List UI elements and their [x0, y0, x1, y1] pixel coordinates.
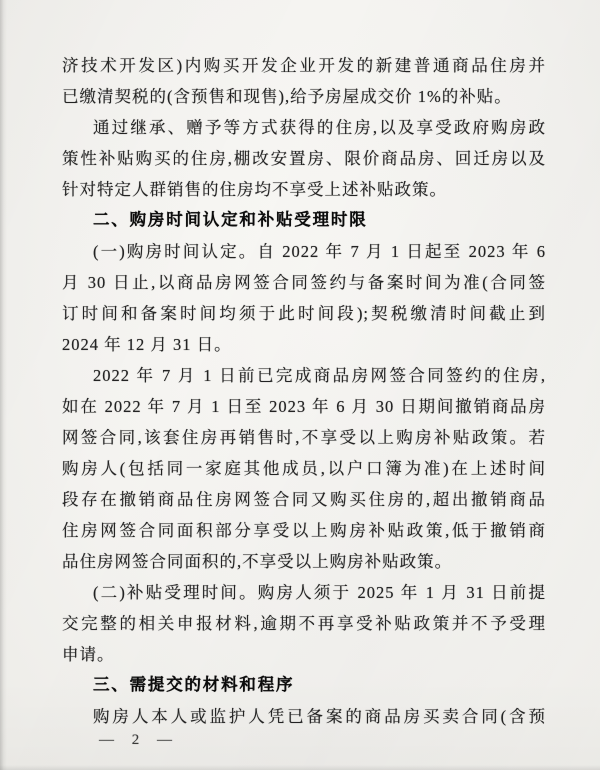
page-number: — 2 — — [99, 731, 179, 750]
doc-line: (一)购房时间认定。自 2022 年 7 月 1 日起至 2023 年 6 — [62, 236, 546, 267]
doc-line: 策性补贴购买的住房,棚改安置房、限价商品房、回迁房以及 — [62, 143, 546, 174]
doc-line: 交完整的相关申报材料,逾期不再享受补贴政策并不予受理 — [62, 608, 546, 639]
doc-line: 月 30 日止,以商品房网签合同签约与备案时间为准(合同签 — [62, 267, 546, 298]
doc-line: 如在 2022 年 7 月 1 日至 2023 年 6 月 30 日期间撤销商品… — [62, 391, 546, 422]
doc-line: 订时间和备案时间均须于此时间段);契税缴清时间截止到 — [62, 298, 546, 329]
doc-line: 2024 年 12 月 31 日。 — [62, 329, 546, 360]
doc-line: 已缴清契税的(含预售和现售),给予房屋成交价 1%的补贴。 — [62, 81, 546, 112]
doc-line: 网签合同,该套住房再销售时,不享受以上购房补贴政策。若 — [62, 422, 546, 453]
doc-line: 品住房网签合同面积的,不享受以上购房补贴政策。 — [62, 546, 546, 577]
doc-line: 2022 年 7 月 1 日前已完成商品房网签合同签约的住房, — [62, 360, 546, 391]
section-heading-materials: 三、需提交的材料和程序 — [62, 670, 546, 701]
document-page: 济技术开发区)内购买开发企业开发的新建普通商品住房并 已缴清契税的(含预售和现售… — [0, 0, 600, 770]
doc-line: 申请。 — [62, 639, 546, 670]
doc-line: 针对特定人群销售的住房均不享受上述补贴政策。 — [62, 174, 546, 205]
scan-left-edge-artifact — [0, 0, 7, 770]
section-heading-purchase-time: 二、购房时间认定和补贴受理时限 — [62, 205, 546, 236]
doc-line: 购房人本人或监护人凭已备案的商品房买卖合同(含预 — [62, 701, 546, 732]
document-body: 济技术开发区)内购买开发企业开发的新建普通商品住房并 已缴清契税的(含预售和现售… — [62, 50, 546, 732]
doc-line: 段存在撤销商品住房网签合同又购买住房的,超出撤销商品 — [62, 484, 546, 515]
doc-line: 通过继承、赠予等方式获得的住房,以及享受政府购房政 — [62, 112, 546, 143]
scan-bottom-edge-artifact — [0, 765, 600, 770]
doc-line: 济技术开发区)内购买开发企业开发的新建普通商品住房并 — [62, 50, 546, 81]
doc-line: (二)补贴受理时间。购房人须于 2025 年 1 月 31 日前提 — [62, 577, 546, 608]
doc-line: 住房网签合同面积部分享受以上购房补贴政策,低于撤销商 — [62, 515, 546, 546]
doc-line: 购房人(包括同一家庭其他成员,以户口簿为准)在上述时间 — [62, 453, 546, 484]
